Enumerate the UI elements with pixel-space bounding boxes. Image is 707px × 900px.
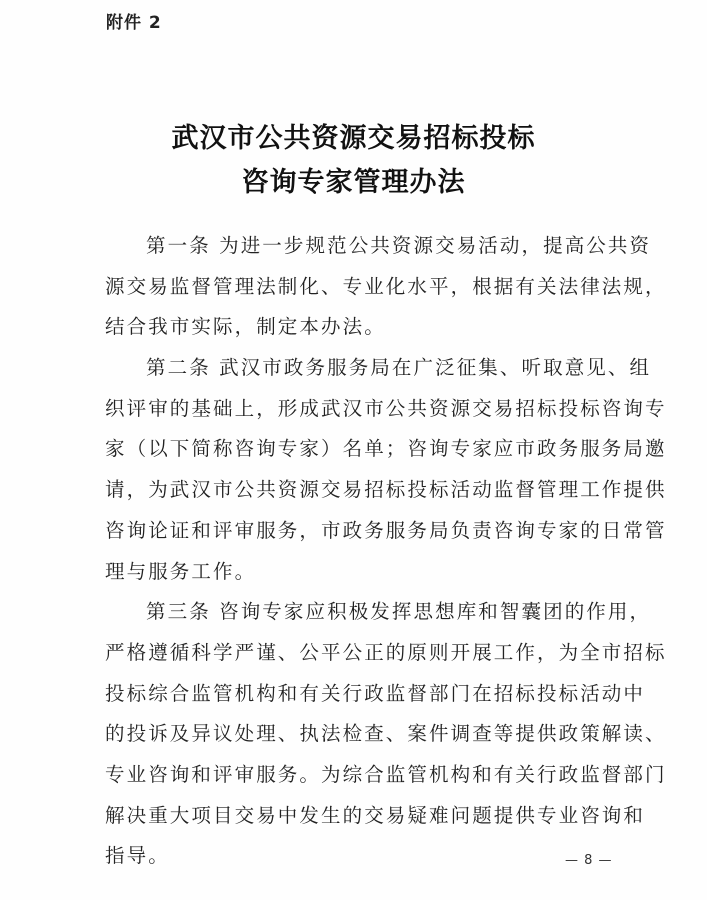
article-2-line-3: 家（以下简称咨询专家）名单；咨询专家应市政务服务局邀 [105,429,599,470]
document-title-line-2: 咨询专家管理办法 [0,160,707,199]
article-2-line-6: 理与服务工作。 [105,552,599,593]
article-1: 第一条 为进一步规范公共资源交易活动，提高公共资 源交易监督管理法制化、专业化水… [105,226,599,348]
article-3-line-2: 严格遵循科学严谨、公平公正的原则开展工作，为全市招标 [105,633,599,674]
document-title-line-1: 武汉市公共资源交易招标投标 [0,116,707,155]
article-2-line-4: 请，为武汉市公共资源交易招标投标活动监督管理工作提供 [105,470,599,511]
article-3-line-1: 第三条 咨询专家应积极发挥思想库和智囊团的作用， [105,592,599,633]
article-3-line-5: 专业咨询和评审服务。为综合监管机构和有关行政监督部门 [105,755,599,796]
attachment-label: 附件 2 [106,8,162,33]
article-3: 第三条 咨询专家应积极发挥思想库和智囊团的作用， 严格遵循科学严谨、公平公正的原… [105,592,599,877]
article-3-line-6: 解决重大项目交易中发生的交易疑难问题提供专业咨询和 [105,796,599,837]
article-3-line-7: 指导。 [105,836,599,877]
article-3-line-3: 投标综合监管机构和有关行政监督部门在招标投标活动中 [105,674,599,715]
article-1-line-3: 结合我市实际，制定本办法。 [105,307,599,348]
document-body: 第一条 为进一步规范公共资源交易活动，提高公共资 源交易监督管理法制化、专业化水… [105,226,599,877]
document-page: 附件 2 武汉市公共资源交易招标投标 咨询专家管理办法 第一条 为进一步规范公共… [0,0,707,900]
page-number: — 8 — [565,853,613,868]
article-2-line-2: 织评审的基础上，形成武汉市公共资源交易招标投标咨询专 [105,389,599,430]
article-1-line-1: 第一条 为进一步规范公共资源交易活动，提高公共资 [105,226,599,267]
article-2-line-5: 咨询论证和评审服务，市政务服务局负责咨询专家的日常管 [105,511,599,552]
article-3-line-4: 的投诉及异议处理、执法检查、案件调查等提供政策解读、 [105,714,599,755]
article-2-line-1: 第二条 武汉市政务服务局在广泛征集、听取意见、组 [105,348,599,389]
article-2: 第二条 武汉市政务服务局在广泛征集、听取意见、组 织评审的基础上，形成武汉市公共… [105,348,599,592]
article-1-line-2: 源交易监督管理法制化、专业化水平，根据有关法律法规， [105,267,599,308]
